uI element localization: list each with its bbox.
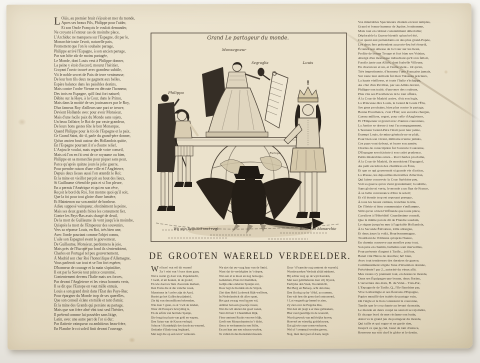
- bottom-column-1: W el hoe! wat wil dit wezen?Zy 't wist v…: [151, 266, 214, 337]
- philippo-label: Philippo: [167, 90, 185, 95]
- caption-bottom-right: Besit van Monarchie: [299, 227, 337, 231]
- drop-cap-bottom: W: [151, 266, 159, 273]
- caption-bottom-left: Wij sijn bemoeit met regt: [174, 227, 220, 231]
- text-line: Met zegt die op een wrev' verkoren.: [151, 332, 214, 336]
- segraglia-label: Segraglia: [251, 61, 268, 65]
- partition-table: [165, 138, 301, 147]
- bottom-text-columns: W el hoe! wat wil dit wezen?Zy 't wist v…: [151, 266, 350, 337]
- plate-caption-top: Grand Le partageur du monde.: [207, 36, 289, 42]
- louis-label: Louis: [302, 60, 313, 65]
- bottom-column-2: Wy ziet dat uw vaag haar van de Smid,Wan…: [219, 266, 282, 337]
- scanned-print-page: L Oüis, au premier bruit s'éjouit en mer…: [0, 0, 480, 363]
- etching-illustration: Grand Le partageur du monde. Monsegneur …: [148, 24, 348, 247]
- print-title: DE GROOTEN WAERELD VERDEELDER.: [149, 251, 351, 261]
- bottom-column-3: Door 't Fransche oog omtrent de waereld,…: [287, 266, 350, 337]
- drop-cap-left: L: [54, 17, 60, 26]
- text-line: En Flandre le roi soleil finit devant l'…: [54, 326, 145, 331]
- left-text-column: L Oüis, au premier bruit s'éjouit en mer…: [54, 16, 145, 331]
- monseigneur-label: Monsegneur: [221, 47, 246, 52]
- right-text-column: Vos misérables Spectateurs chantés en le…: [358, 20, 465, 335]
- text-line: Nog, men niet goet af daen, tergd.: [287, 332, 350, 336]
- text-line: Te vallen in des Konstrukt moeten.: [219, 332, 282, 336]
- globe-label: Europa: [268, 151, 280, 155]
- text-line: Renverse sur son chef le globe et le des…: [358, 331, 465, 336]
